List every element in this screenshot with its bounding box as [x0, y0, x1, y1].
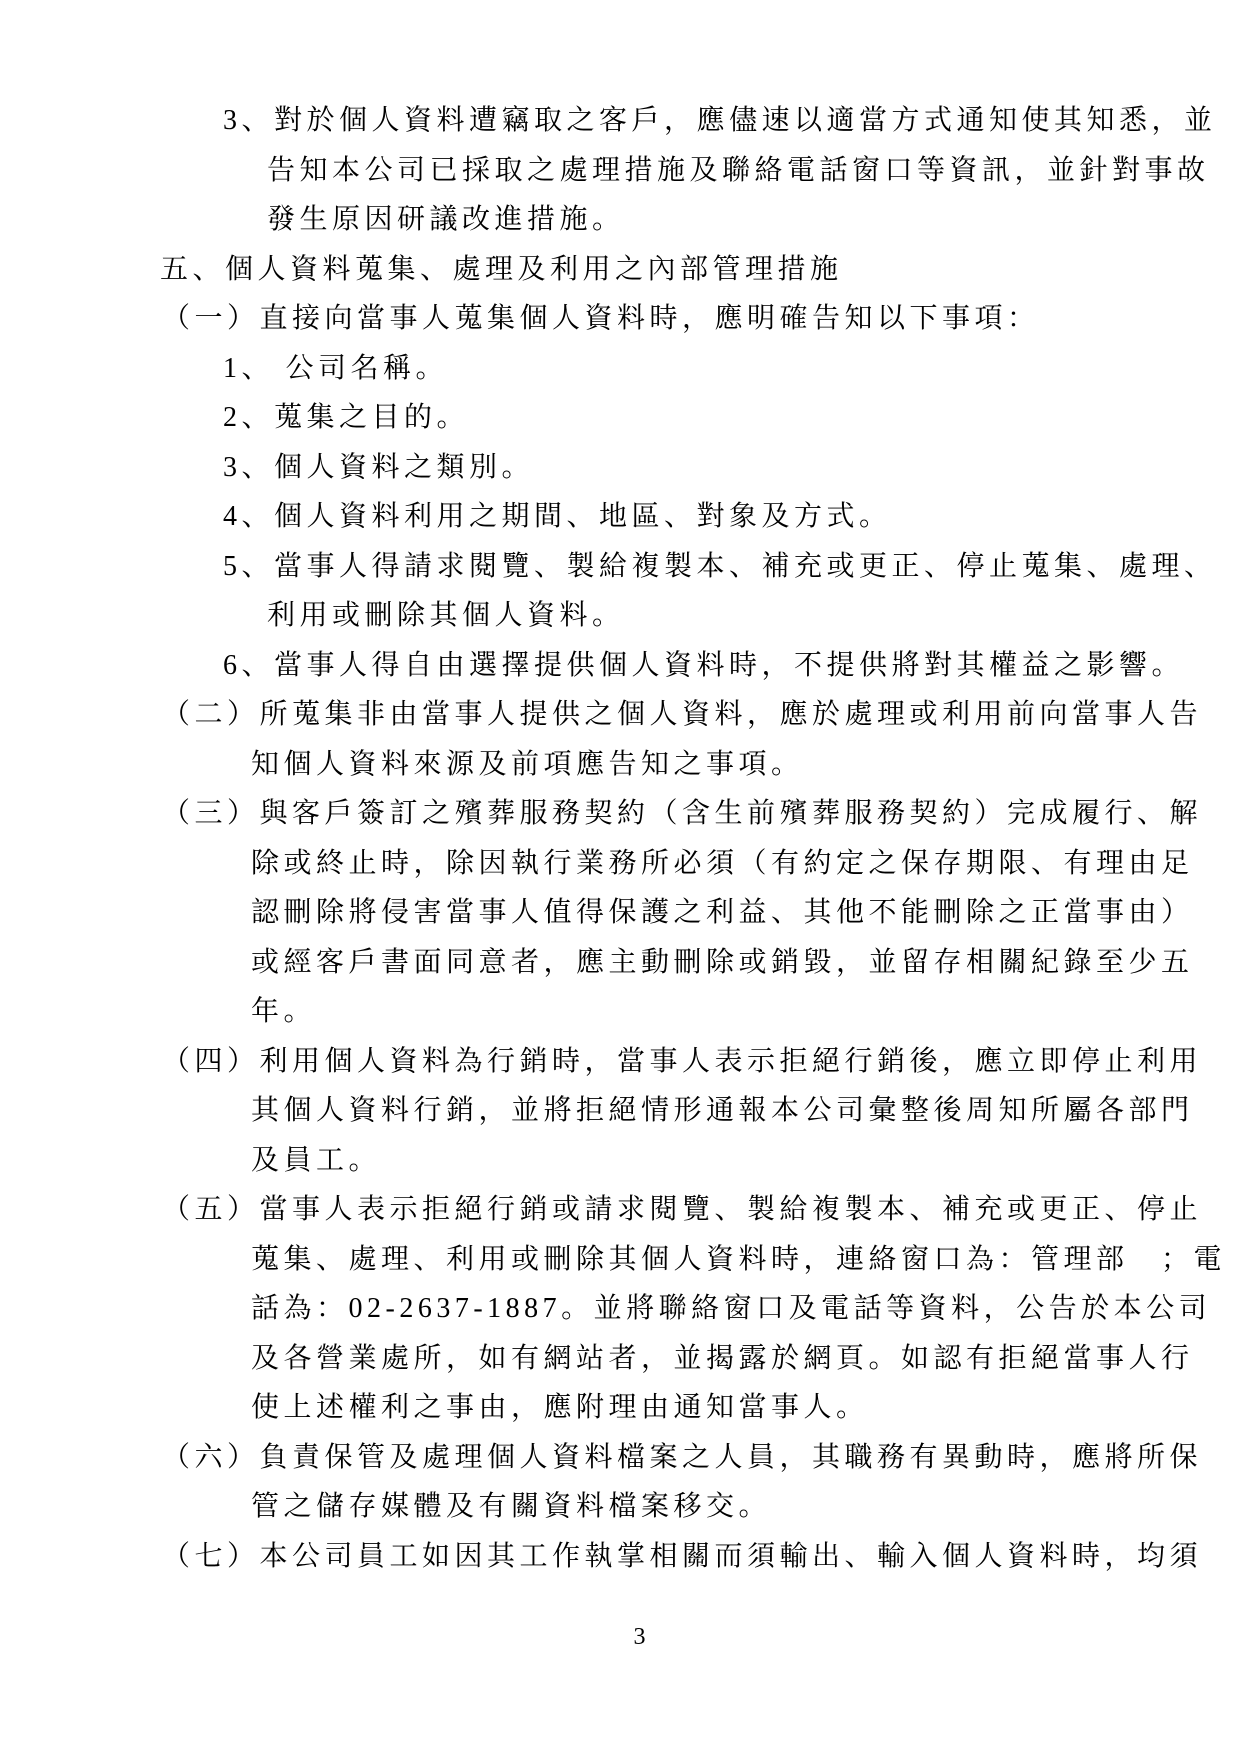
text-line: 及員工。 [0, 1136, 1241, 1186]
text-line: （四）利用個人資料為行銷時，當事人表示拒絕行銷後，應立即停止利用 [0, 1037, 1241, 1087]
text-line: 管之儲存媒體及有關資料檔案移交。 [0, 1482, 1241, 1532]
text-line: 1、 公司名稱。 [0, 344, 1241, 394]
text-line: 利用或刪除其個人資料。 [0, 591, 1241, 641]
text-line: 告知本公司已採取之處理措施及聯絡電話窗口等資訊，並針對事故 [0, 146, 1241, 196]
text-line: 6、當事人得自由選擇提供個人資料時，不提供將對其權益之影響。 [0, 641, 1241, 691]
text-line: 五、個人資料蒐集、處理及利用之內部管理措施 [0, 245, 1241, 295]
text-line: 認刪除將侵害當事人值得保護之利益、其他不能刪除之正當事由） [0, 888, 1241, 938]
text-line: （三）與客戶簽訂之殯葬服務契約（含生前殯葬服務契約）完成履行、解 [0, 789, 1241, 839]
text-line: （七）本公司員工如因其工作執掌相關而須輸出、輸入個人資料時，均須 [0, 1532, 1241, 1582]
text-line: 知個人資料來源及前項應告知之事項。 [0, 740, 1241, 790]
text-line: 及各營業處所，如有網站者，並揭露於網頁。如認有拒絕當事人行 [0, 1334, 1241, 1384]
text-line: 2、蒐集之目的。 [0, 393, 1241, 443]
text-line: 使上述權利之事由，應附理由通知當事人。 [0, 1383, 1241, 1433]
text-line: 除或終止時，除因執行業務所必須（有約定之保存期限、有理由足 [0, 839, 1241, 889]
text-line: 蒐集、處理、利用或刪除其個人資料時，連絡窗口為：管理部 ；電 [0, 1235, 1241, 1285]
text-line: 其個人資料行銷，並將拒絕情形通報本公司彙整後周知所屬各部門 [0, 1086, 1241, 1136]
text-line: 3、對於個人資料遭竊取之客戶，應儘速以適當方式通知使其知悉，並 [0, 96, 1241, 146]
text-line: 5、當事人得請求閱覽、製給複製本、補充或更正、停止蒐集、處理、 [0, 542, 1241, 592]
text-line: 話為：02-2637-1887。並將聯絡窗口及電話等資料，公告於本公司 [0, 1284, 1241, 1334]
text-line: 3、個人資料之類別。 [0, 443, 1241, 493]
text-line: 年。 [0, 987, 1241, 1037]
document-page: 3、對於個人資料遭竊取之客戶，應儘速以適當方式通知使其知悉，並告知本公司已採取之… [0, 0, 1241, 1755]
text-line: （五）當事人表示拒絕行銷或請求閱覽、製給複製本、補充或更正、停止 [0, 1185, 1241, 1235]
text-line: （二）所蒐集非由當事人提供之個人資料，應於處理或利用前向當事人告 [0, 690, 1241, 740]
document-body: 3、對於個人資料遭竊取之客戶，應儘速以適當方式通知使其知悉，並告知本公司已採取之… [0, 0, 1241, 1581]
text-line: （一）直接向當事人蒐集個人資料時，應明確告知以下事項： [0, 294, 1241, 344]
text-line: 4、個人資料利用之期間、地區、對象及方式。 [0, 492, 1241, 542]
text-line: （六）負責保管及處理個人資料檔案之人員，其職務有異動時，應將所保 [0, 1433, 1241, 1483]
text-line: 或經客戶書面同意者，應主動刪除或銷毀，並留存相關紀錄至少五 [0, 938, 1241, 988]
page-number: 3 [0, 1622, 1241, 1652]
text-line: 發生原因研議改進措施。 [0, 195, 1241, 245]
